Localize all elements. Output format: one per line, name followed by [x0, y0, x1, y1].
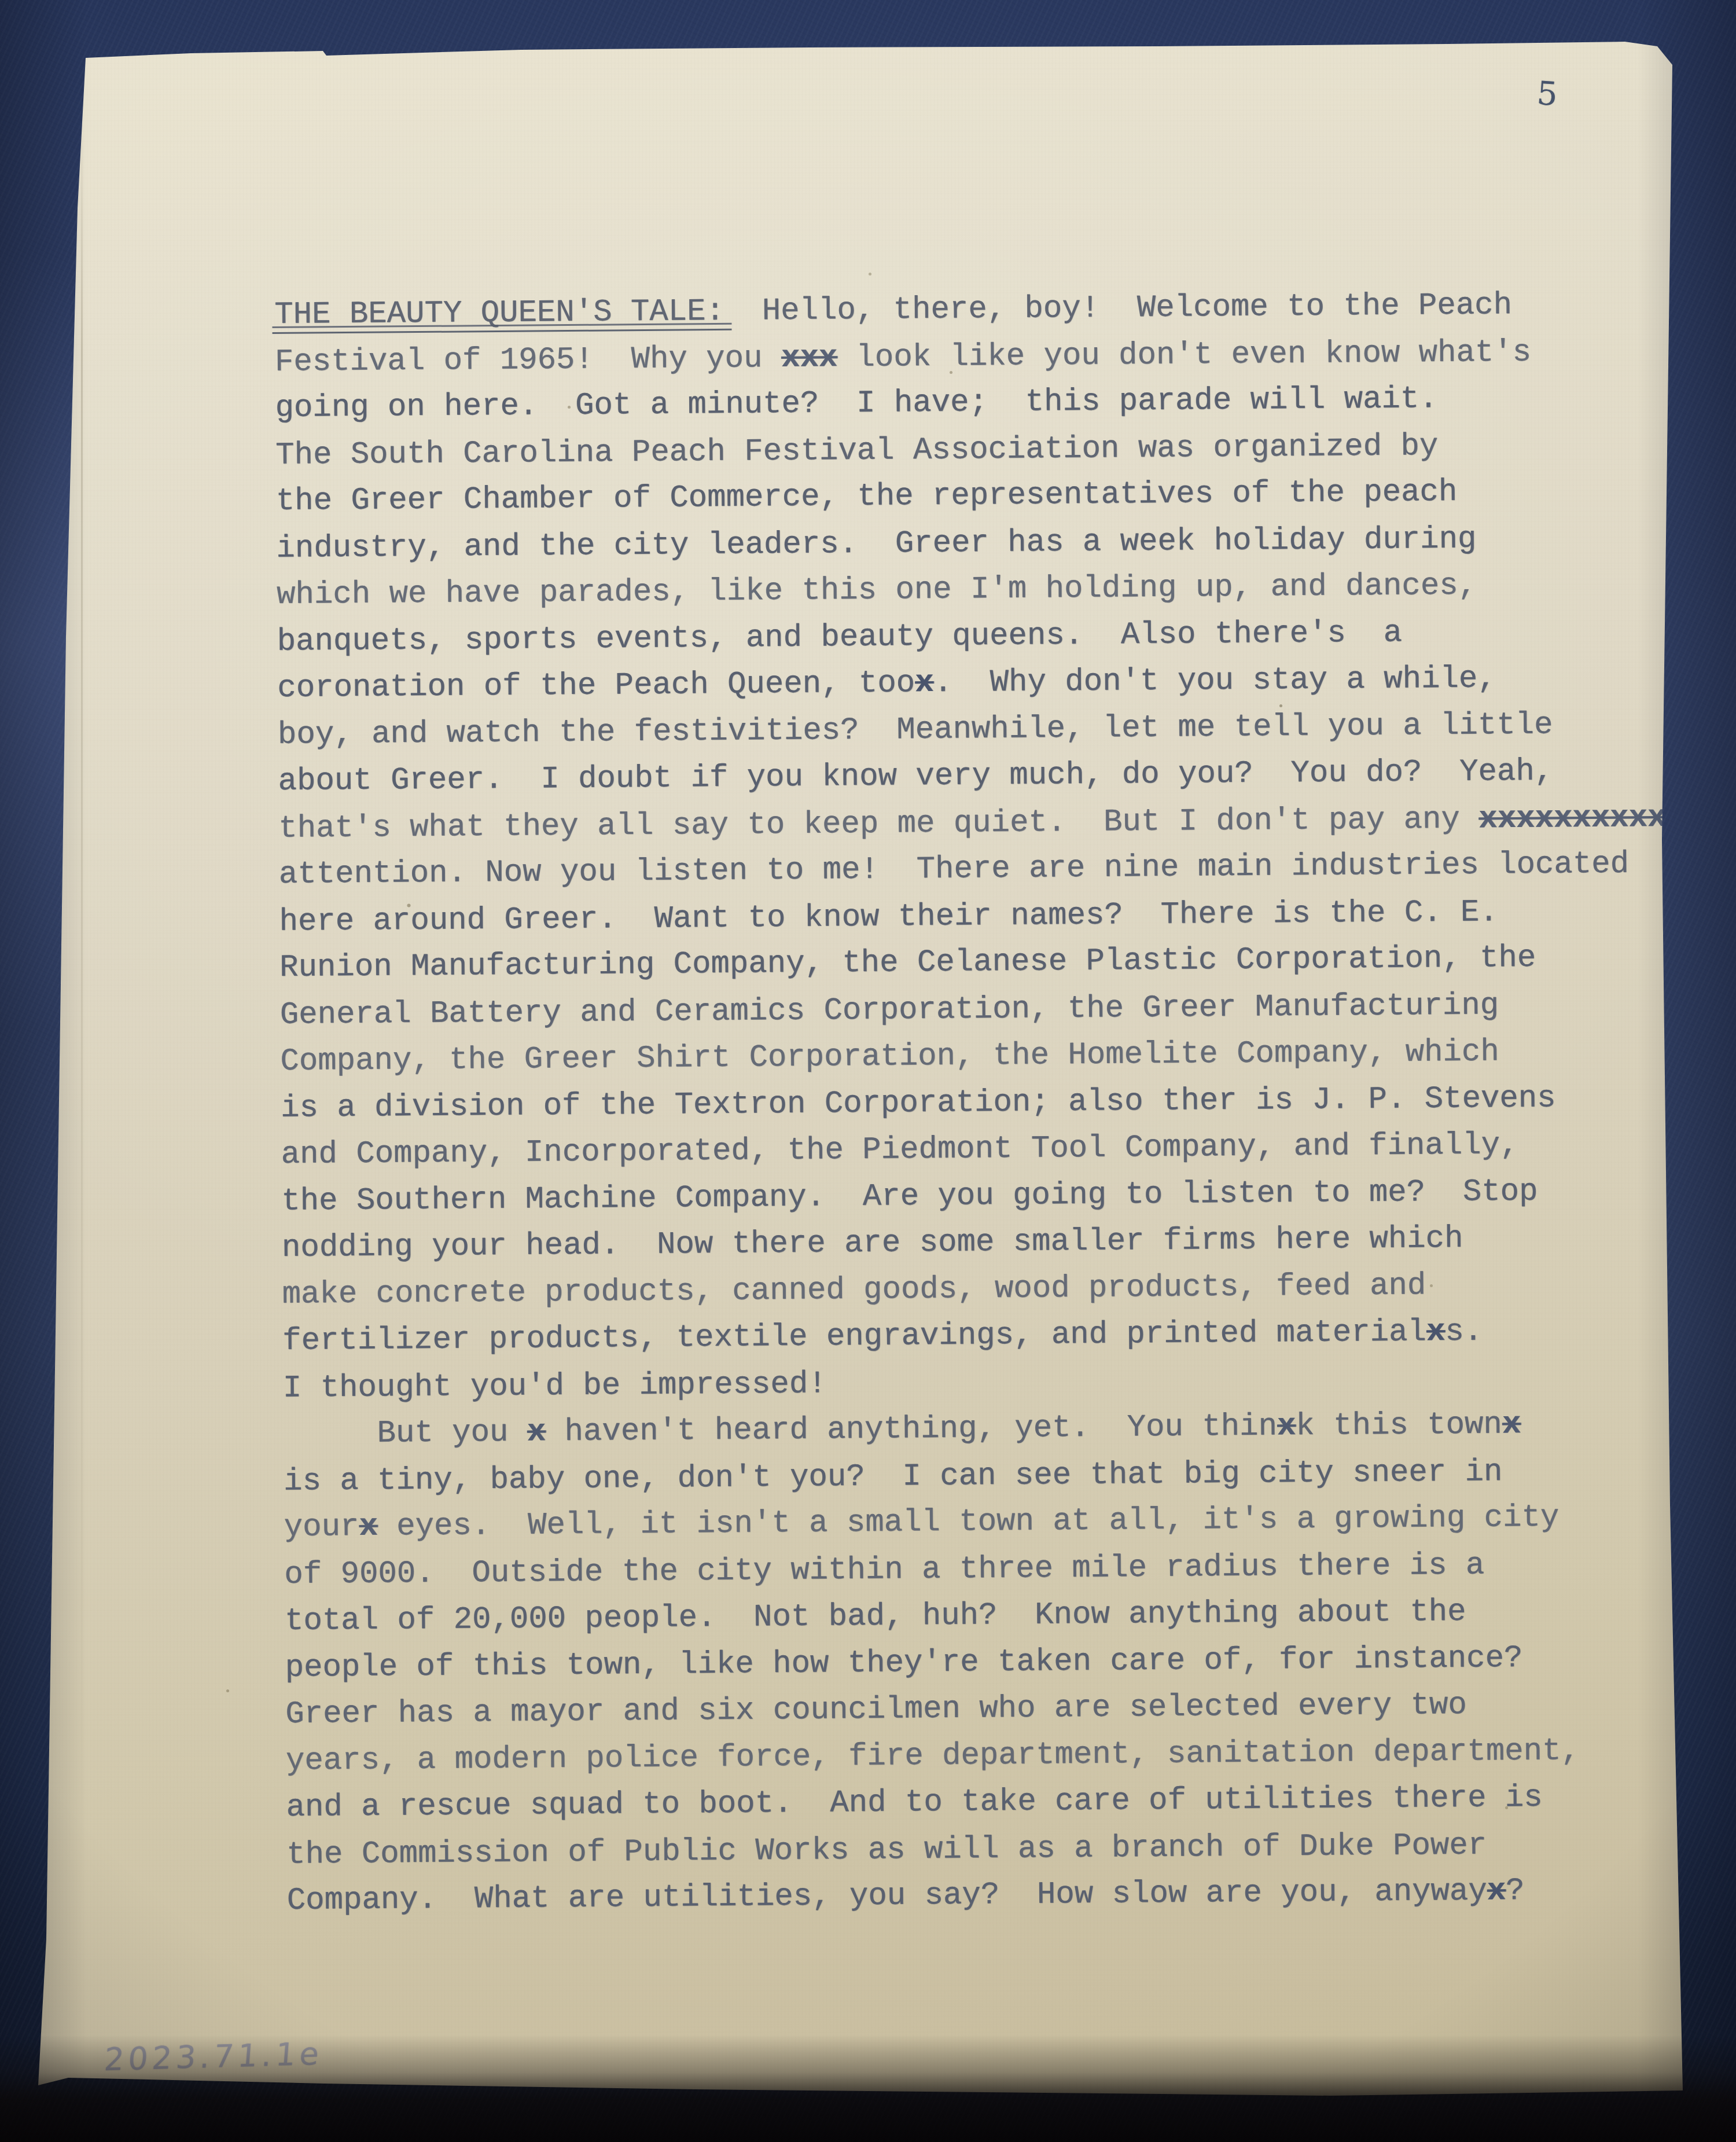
struck-out-text: x [1277, 1409, 1296, 1444]
struck-out-text: x [915, 666, 934, 701]
typed-text: eyes. Well, it isn't a small town at all… [378, 1500, 1560, 1545]
typed-text: and Company, Incorporated, the Piedmont … [281, 1127, 1518, 1173]
typed-text: look like you don't even know what's [837, 335, 1531, 375]
struck-out-text: xxxxxxxxxx [1478, 800, 1667, 837]
typed-text: . Why don't you stay a while, [933, 661, 1496, 701]
page-number: 5 [1536, 75, 1559, 113]
typed-text: The South Carolina Peach Festival Associ… [275, 429, 1439, 473]
typed-text: banquets, sports events, and beauty quee… [277, 616, 1403, 660]
typed-text: ? [1506, 1873, 1525, 1909]
title-underlined: THE BEAUTY QUEEN'S TALE: [274, 289, 724, 339]
typed-text: Runion Manufacturing Company, the Celane… [279, 940, 1536, 986]
struck-out-text: xxx [781, 340, 838, 376]
typed-text: Festival of 1965! Why you [275, 341, 781, 380]
struck-out-text: x [527, 1415, 546, 1450]
typed-text: and a rescue squad to boot. And to take … [286, 1780, 1543, 1825]
typed-text: your [284, 1509, 359, 1545]
typed-text: industry, and the city leaders. Greer ha… [276, 521, 1476, 566]
catalog-number: 2023.71.1e [103, 2036, 325, 2078]
typed-text: the Commission of Public Works as will a… [286, 1828, 1487, 1872]
typed-text: is a tiny, baby one, don't you? I can se… [284, 1454, 1503, 1500]
typed-text: coronation of the Peach Queen, too [277, 666, 915, 706]
typed-text: total of 20,000 people. Not bad, huh? Kn… [285, 1594, 1466, 1639]
typed-text: about Greer. I doubt if you know very mu… [278, 754, 1553, 799]
typed-text: make concrete products, canned goods, wo… [282, 1269, 1426, 1313]
struck-out-text: x [359, 1509, 378, 1545]
typed-text: haven't heard anything, yet. You thin [546, 1409, 1277, 1450]
typed-text: people of this town, like how they're ta… [285, 1641, 1522, 1686]
typed-text: Company, the Greer Shirt Corporation, th… [280, 1034, 1499, 1079]
typed-text: fertilizer products, textile engravings,… [282, 1314, 1426, 1359]
struck-out-text: x [1487, 1874, 1506, 1909]
typed-text: of 9000. Outside the city within a three… [284, 1548, 1484, 1592]
typed-text: years, a modern police force, fire depar… [286, 1734, 1580, 1780]
typed-text: the Southern Machine Company. Are you go… [281, 1174, 1538, 1219]
typed-text: Greer has a mayor and six councilmen who… [285, 1688, 1467, 1732]
struck-out-text: x [1502, 1407, 1521, 1442]
typed-text: here around Greer. Want to know their na… [279, 895, 1498, 940]
typed-text: nodding your head. Now there are some sm… [282, 1221, 1463, 1266]
typed-text: General Battery and Ceramics Corporation… [280, 988, 1499, 1033]
manuscript-page: 5 THE BEAUTY QUEEN'S TALE: Hello, there,… [0, 0, 1736, 2142]
paper-specks [0, 0, 2, 2]
typed-text: I thought you'd be impressed! [283, 1366, 827, 1406]
typed-text: k this town [1296, 1408, 1502, 1445]
typed-text: attention. Now you listen to me! There a… [279, 847, 1630, 892]
typed-text: But you [283, 1415, 527, 1452]
typed-text: Company. What are utilities, you say? Ho… [287, 1874, 1487, 1919]
paper-crease [81, 69, 83, 2090]
struck-out-text: x [1426, 1314, 1446, 1350]
typed-text: Hello, there, boy! Welcome to the Peach [724, 288, 1512, 329]
typed-text: the Greer Chamber of Commerce, the repre… [276, 475, 1458, 519]
typed-text: is a division of the Textron Corporation… [281, 1081, 1556, 1126]
typed-text: s. [1445, 1314, 1483, 1350]
photo-background: 5 THE BEAUTY QUEEN'S TALE: Hello, there,… [0, 0, 1736, 2142]
typed-text: which we have parades, like this one I'm… [277, 568, 1477, 612]
typed-text: going on here. Got a minute? I have; thi… [275, 381, 1438, 426]
typed-text: that's what they all say to keep me quie… [278, 802, 1478, 846]
typewritten-lines: THE BEAUTY QUEEN'S TALE: Hello, there, b… [274, 281, 1675, 1925]
typed-text: boy, and watch the festivities? Meanwhil… [278, 708, 1553, 753]
